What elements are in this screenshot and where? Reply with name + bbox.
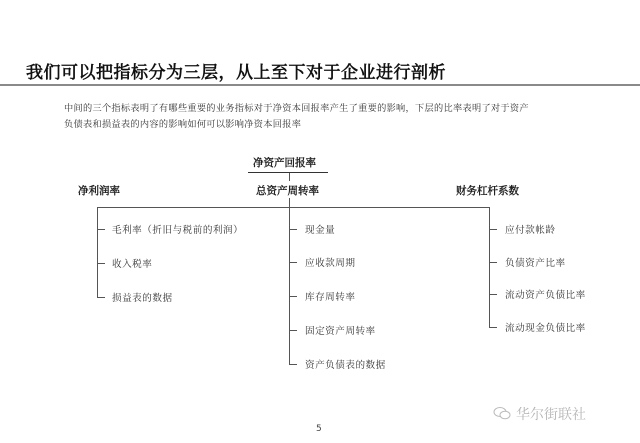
level2-bar: [97, 207, 489, 208]
branch3-tick-4: [489, 327, 497, 328]
branch1-stem: [97, 207, 98, 298]
leaf-income-statement-data: 损益表的数据: [112, 290, 173, 304]
root-node-roe: 净资产回报率: [253, 155, 316, 170]
branch1-tick-3: [97, 297, 105, 298]
intro-line-1: 中间的三个指标表明了有哪些重要的业务指标对于净资本回报率产生了重要的影响，下层的…: [64, 100, 529, 114]
root-connector: [289, 173, 290, 181]
leaf-balance-sheet-data: 资产负债表的数据: [305, 357, 386, 371]
leaf-receivables-period: 应收款周期: [305, 255, 355, 269]
wechat-bubble-icon: [493, 406, 511, 420]
leaf-gross-margin: 毛利率（折旧与税前的利润）: [112, 222, 243, 236]
leaf-cash-debt-ratio: 流动现金负债比率: [505, 320, 586, 334]
branch2-tick-5: [289, 364, 297, 365]
branch1-tick-2: [97, 263, 105, 264]
branch3-stem: [489, 207, 490, 328]
root-underline: [248, 172, 328, 173]
leaf-fixed-asset-turnover: 固定资产周转率: [305, 323, 376, 337]
branch2-tick-1: [289, 229, 297, 230]
branch-node-net-profit-margin: 净利润率: [78, 183, 120, 198]
branch-node-asset-turnover: 总资产周转率: [256, 183, 319, 198]
leaf-current-ratio: 流动资产负债比率: [505, 287, 586, 301]
page-number: 5: [316, 424, 322, 434]
branch2-stem: [289, 207, 290, 364]
branch1-tick-1: [97, 229, 105, 230]
leaf-payables-aging: 应付款帐龄: [505, 222, 555, 236]
branch2-tick-3: [289, 296, 297, 297]
branch3-tick-3: [489, 294, 497, 295]
leaf-inventory-turnover: 库存周转率: [305, 289, 355, 303]
branch-node-financial-leverage: 财务杠杆系数: [456, 183, 519, 198]
title-divider: [0, 84, 640, 86]
leaf-income-tax-rate: 收入税率: [112, 256, 152, 270]
watermark-text: 华尔街联社: [516, 404, 586, 424]
branch3-tick-1: [489, 229, 497, 230]
branch3-tick-2: [489, 262, 497, 263]
slide-title: 我们可以把指标分为三层，从上至下对于企业进行剖析: [26, 58, 446, 83]
leaf-debt-to-asset-ratio: 负债资产比率: [505, 255, 566, 269]
branch2-tick-2: [289, 262, 297, 263]
branch2-tick-4: [289, 330, 297, 331]
leaf-cash-flow: 现金量: [305, 222, 335, 236]
intro-line-2: 负债表和损益表的内容的影响如何可以影响净资本回报率: [64, 116, 301, 130]
